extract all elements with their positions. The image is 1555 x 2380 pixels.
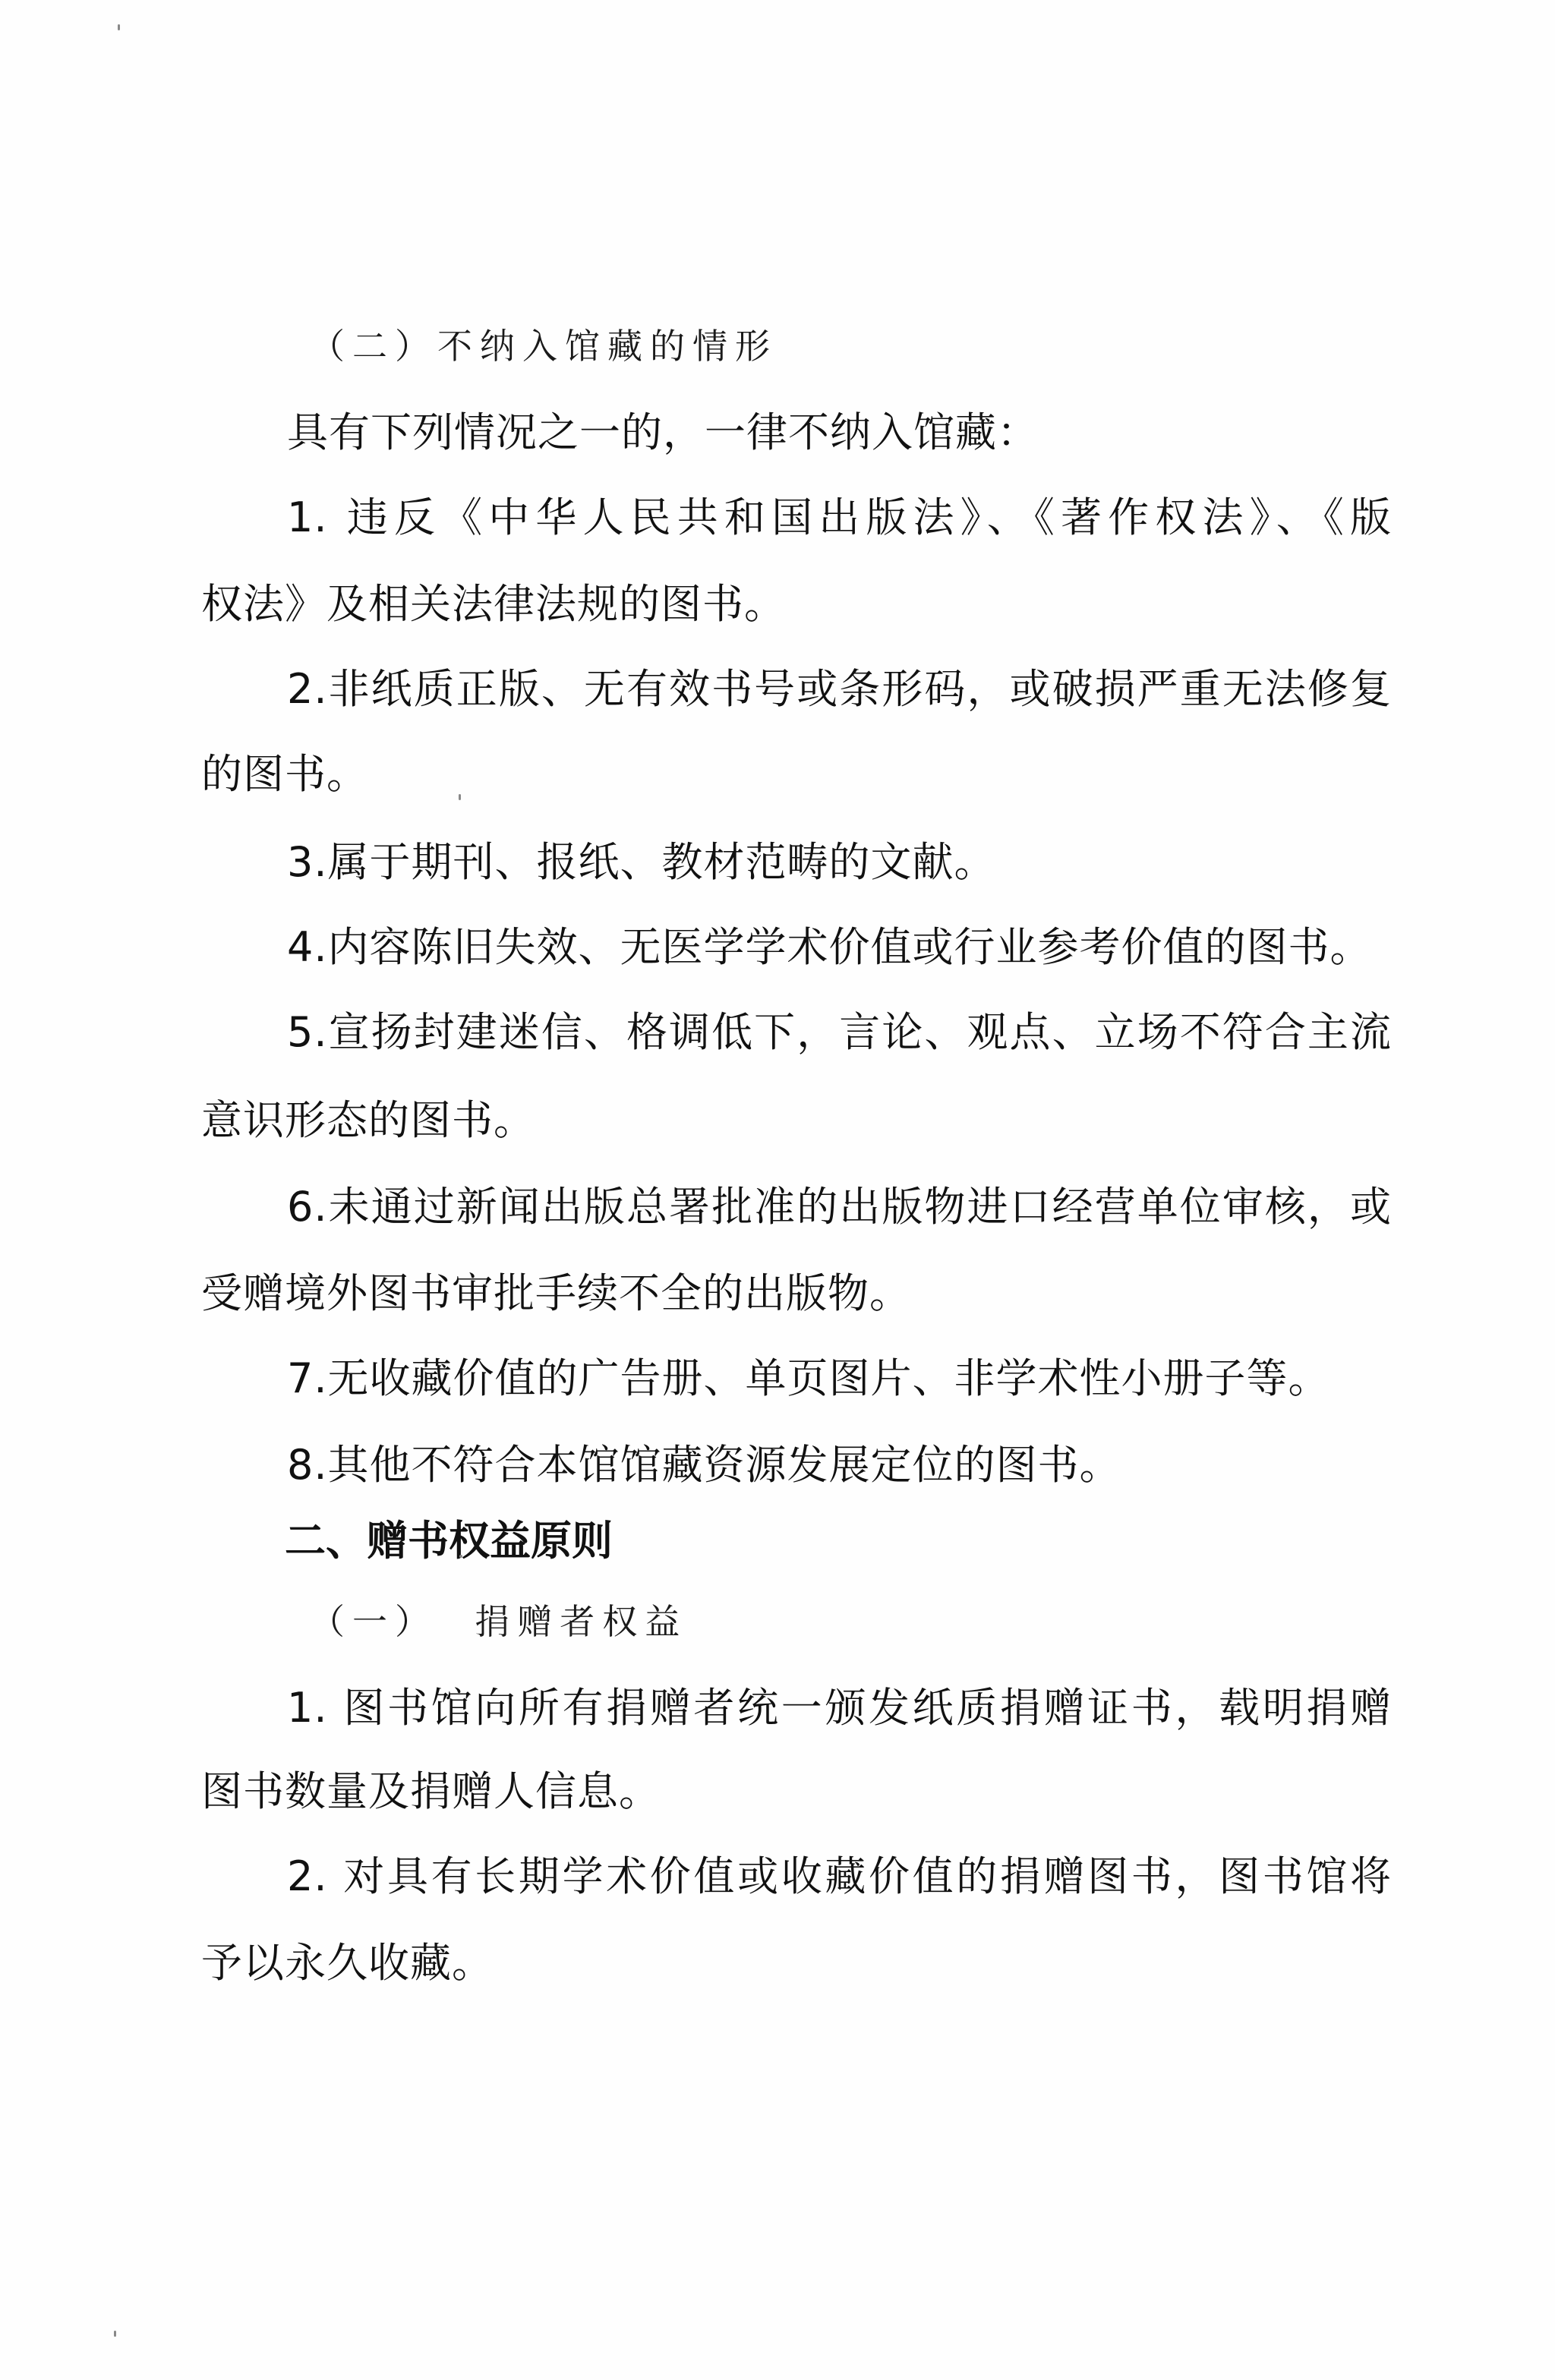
item-3: 3.属于期刊、报纸、教材范畴的文献。 xyxy=(287,840,1392,885)
item-1-line-1: 1. 违反《中华人民共和国出版法》、《著作权法》、《版 xyxy=(287,495,1392,541)
item-6-line-1: 6.未通过新闻出版总署批准的出版物进口经营单位审核，或 xyxy=(287,1184,1392,1230)
scan-speck xyxy=(118,24,120,30)
item-6-line-2: 受赠境外图书审批手续不全的出版物。 xyxy=(201,1271,1392,1316)
scan-speck xyxy=(459,1555,462,1558)
right-2-line-1: 2. 对具有长期学术价值或收藏价值的捐赠图书，图书馆将 xyxy=(287,1854,1392,1899)
intro-paragraph: 具有下列情况之一的，一律不纳入馆藏： xyxy=(287,410,1392,456)
scan-speck xyxy=(459,794,461,800)
section-heading-donation-rights: 二、赠书权益原则 xyxy=(285,1518,1475,1564)
item-2-line-2: 的图书。 xyxy=(201,752,1392,797)
section-heading-excluded-cases: （二）不纳入馆藏的情形 xyxy=(310,323,1500,369)
item-8: 8.其他不符合本馆馆藏资源发展定位的图书。 xyxy=(287,1442,1392,1488)
item-5-line-2: 意识形态的图书。 xyxy=(201,1098,1392,1143)
item-7: 7.无收藏价值的广告册、单页图片、非学术性小册子等。 xyxy=(287,1356,1392,1401)
scan-speck xyxy=(114,2331,116,2337)
item-4: 4.内容陈旧失效、无医学学术价值或行业参考价值的图书。 xyxy=(287,925,1392,970)
right-1-line-1: 1. 图书馆向所有捐赠者统一颁发纸质捐赠证书，载明捐赠 xyxy=(287,1685,1392,1731)
subsection-heading-donor-rights: （一） 捐赠者权益 xyxy=(310,1599,1500,1644)
item-2-line-1: 2.非纸质正版、无有效书号或条形码，或破损严重无法修复 xyxy=(287,667,1392,712)
item-1-line-2: 权法》及相关法律法规的图书。 xyxy=(201,582,1392,627)
right-2-line-2: 予以永久收藏。 xyxy=(201,1940,1392,1986)
item-5-line-1: 5.宣扬封建迷信、格调低下，言论、观点、立场不符合主流 xyxy=(287,1010,1392,1055)
scanned-document-page: （二）不纳入馆藏的情形 具有下列情况之一的，一律不纳入馆藏： 1. 违反《中华人… xyxy=(0,0,1555,2380)
right-1-line-2: 图书数量及捐赠人信息。 xyxy=(201,1769,1392,1814)
